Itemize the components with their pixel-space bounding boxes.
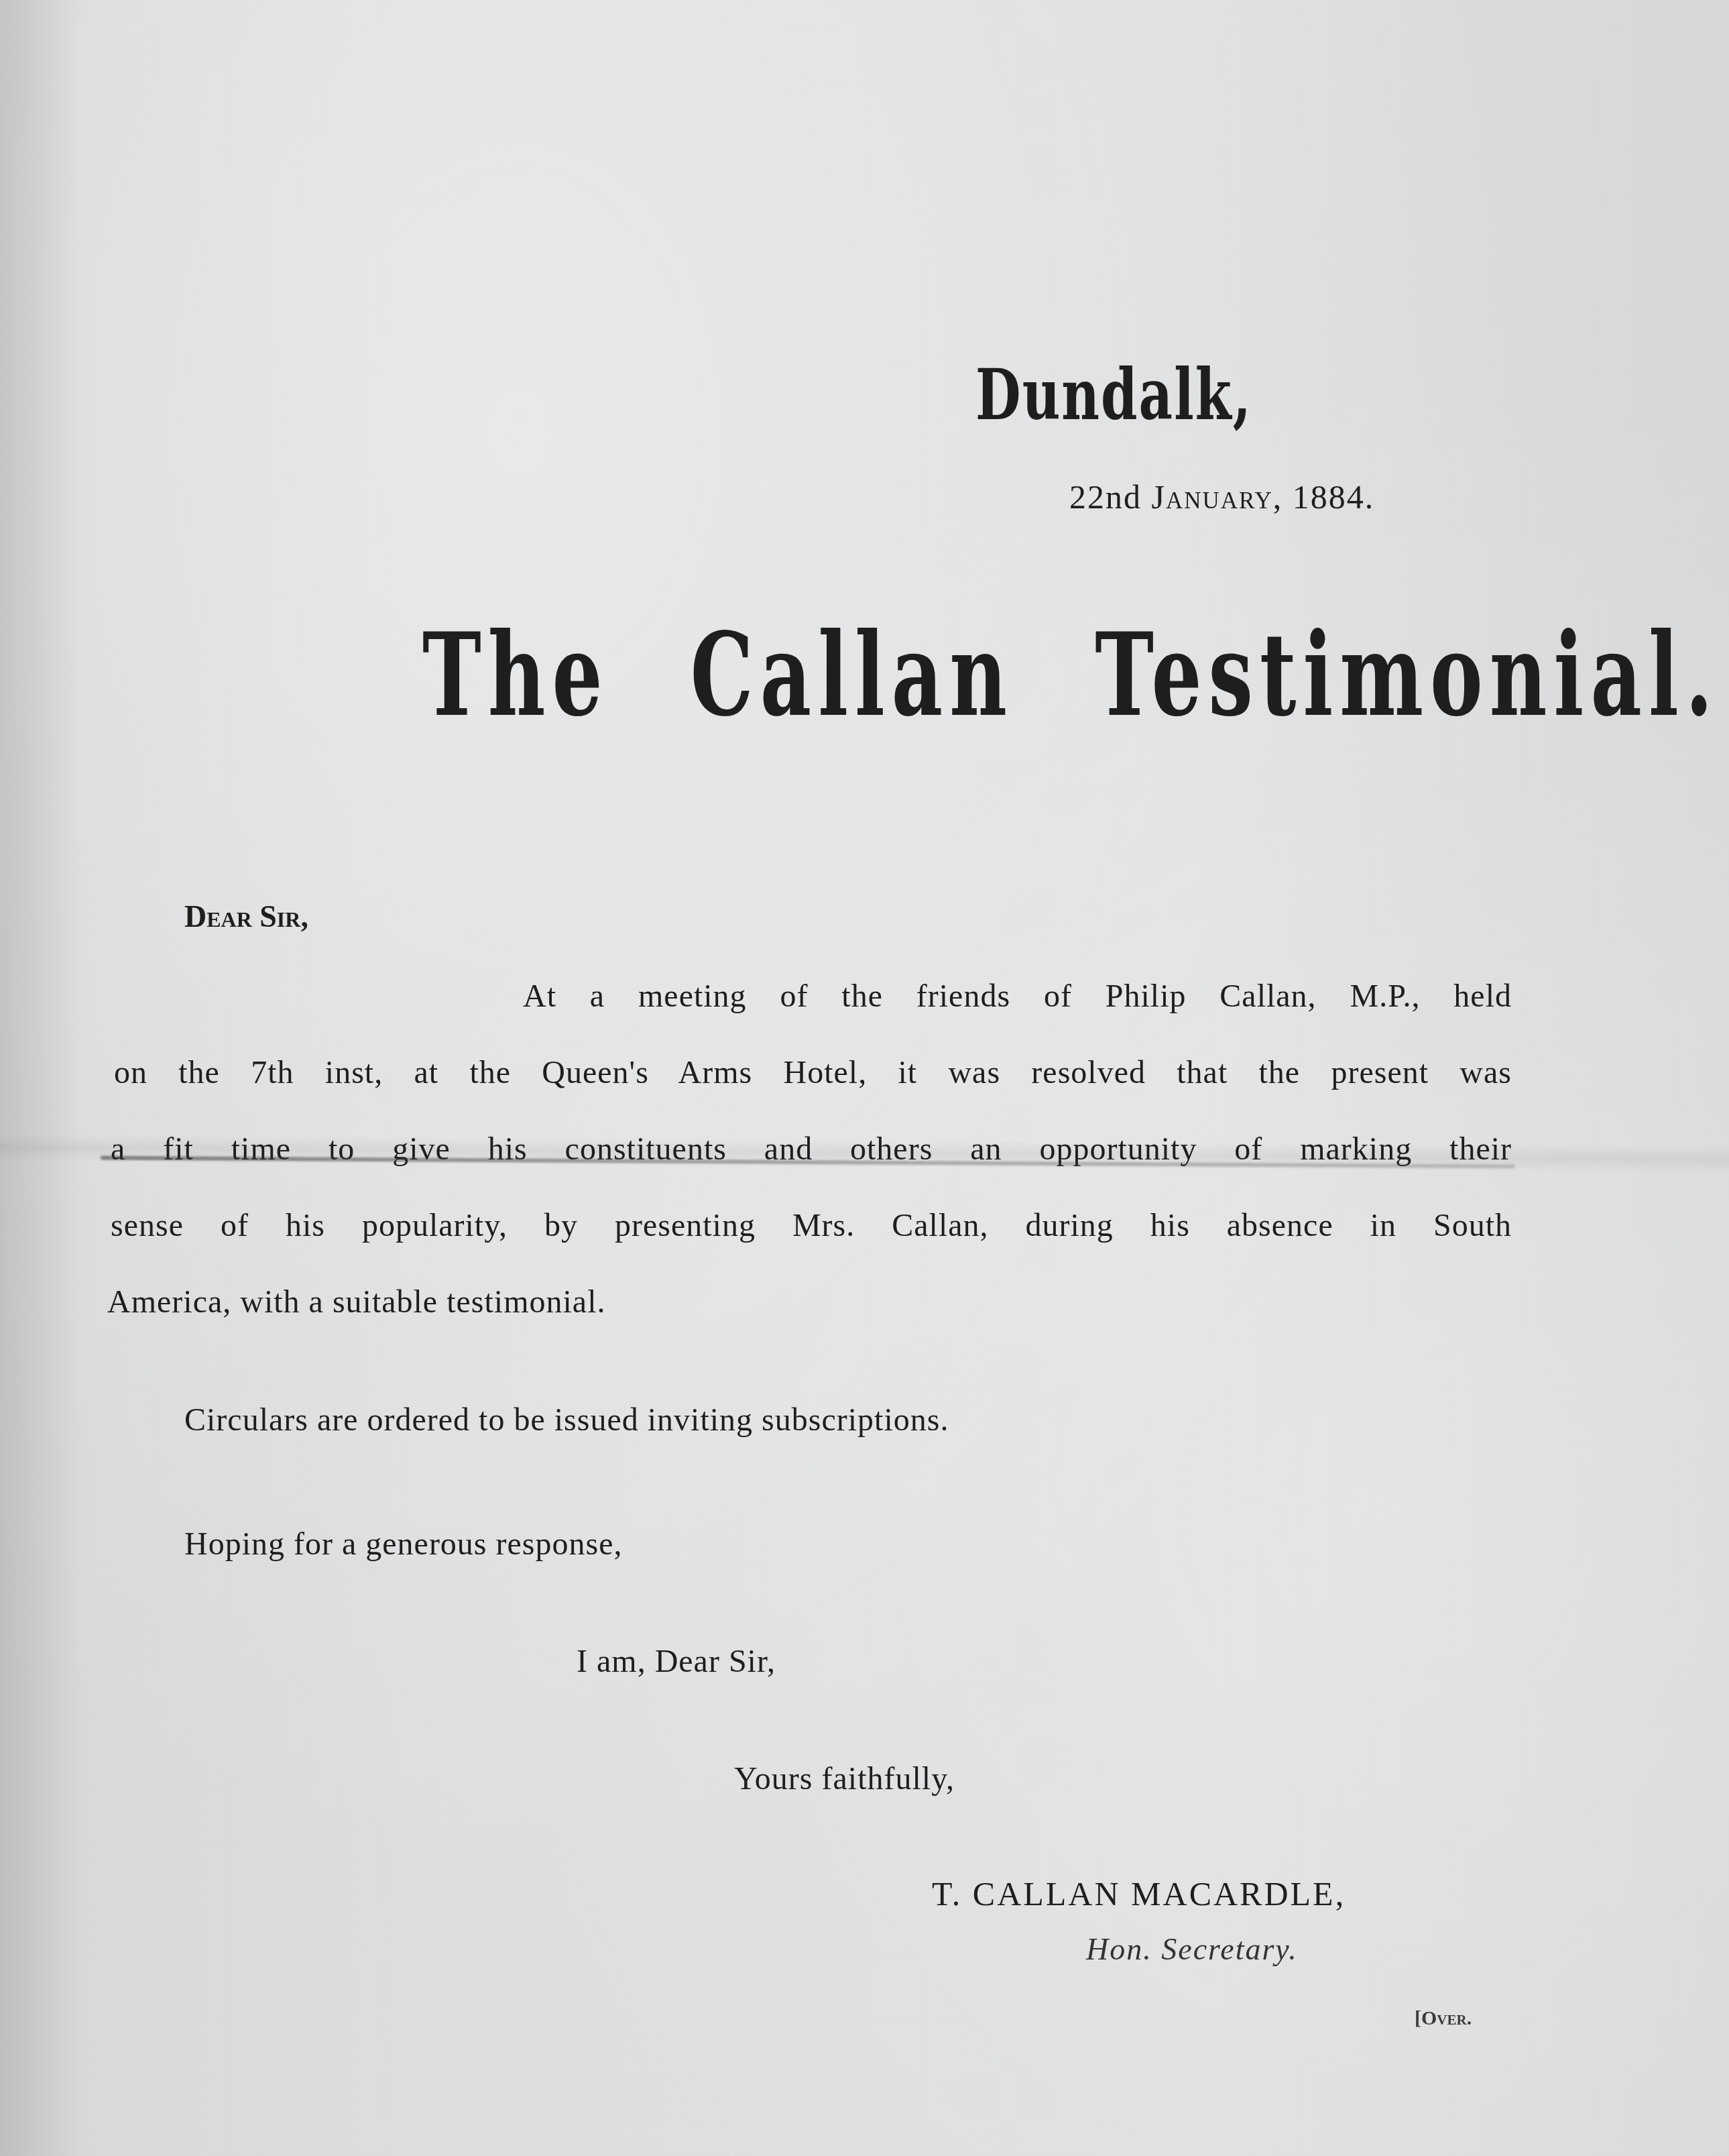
paragraph-line: sense of his popularity, by presenting M… xyxy=(111,1207,1512,1244)
valediction: Yours faithfully, xyxy=(734,1760,955,1797)
title-word: The xyxy=(422,607,609,742)
page-turn-marker: [Over. xyxy=(1415,2007,1472,2030)
closing-line: I am, Dear Sir, xyxy=(577,1643,776,1680)
page-edge-shadow xyxy=(0,0,80,2156)
hoping-sentence: Hoping for a generous response, xyxy=(184,1526,623,1563)
letter-page: Dundalk, 22nd January, 1884. The Callan … xyxy=(0,0,1729,2156)
signer-role: Hon. Secretary. xyxy=(1086,1931,1298,1967)
circulars-sentence: Circulars are ordered to be issued invit… xyxy=(184,1402,949,1438)
title-word: Testimonial. xyxy=(1095,607,1720,742)
letter-title: The Callan Testimonial. xyxy=(422,607,1729,742)
paragraph-line: America, with a suitable testimonial. xyxy=(107,1284,605,1320)
salutation: Dear Sir, xyxy=(184,899,308,934)
letter-place: Dundalk, xyxy=(975,354,1252,437)
signer-name: T. CALLAN MACARDLE, xyxy=(932,1874,1346,1913)
date-day: 22nd xyxy=(1069,478,1142,516)
title-word: Callan xyxy=(691,607,1014,742)
date-month: January, xyxy=(1152,478,1283,516)
paragraph-line: on the 7th inst, at the Queen's Arms Hot… xyxy=(114,1054,1512,1091)
date-year: 1884. xyxy=(1293,478,1375,516)
paragraph-line: At a meeting of the friends of Philip Ca… xyxy=(523,978,1512,1015)
letter-date: 22nd January, 1884. xyxy=(1069,477,1374,516)
